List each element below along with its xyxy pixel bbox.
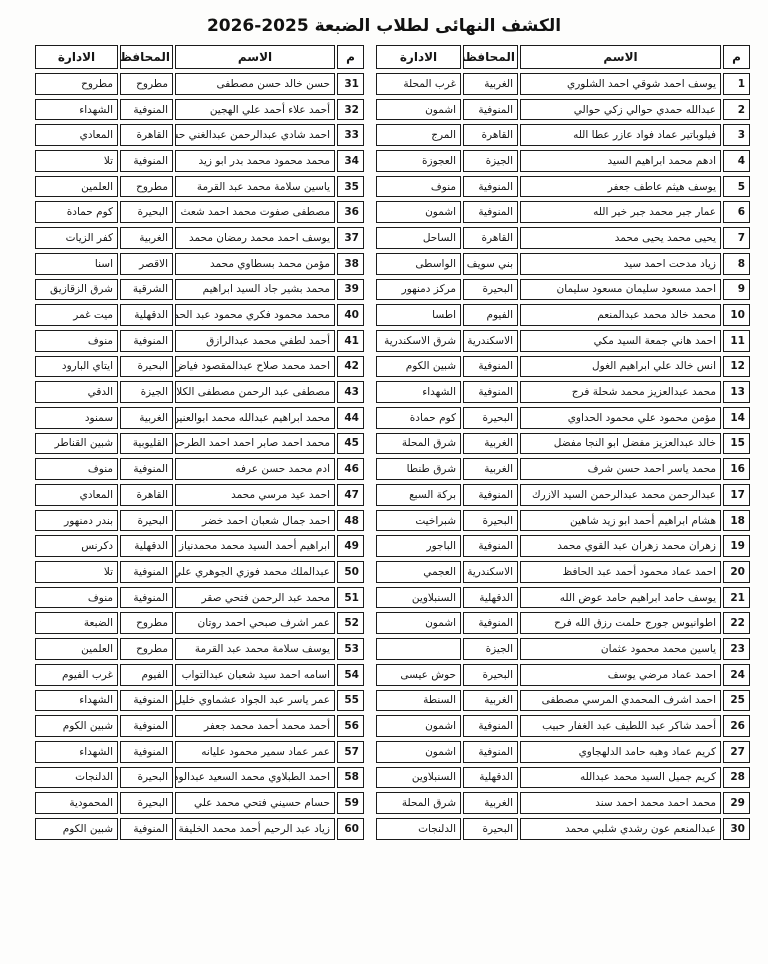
cell-adm: الباجور [376, 535, 461, 557]
cell-name: عمار جبر محمد جبر خير الله [520, 201, 721, 223]
cell-num: 1 [723, 73, 750, 95]
cell-name: كريم عماد وهبه حامد الدلهجاوي [520, 741, 721, 763]
cell-name: اسامه احمد سيد شعبان عبدالتواب [175, 664, 335, 686]
cell-adm: غرب المحلة [376, 73, 461, 95]
table-row: 27كريم عماد وهبه حامد الدلهجاويالمنوفيةا… [376, 741, 750, 763]
cell-gov: الدقهلية [120, 304, 173, 326]
cell-adm: المعادي [35, 484, 118, 506]
cell-name: يوسف احمد شوقي احمد الشلوري [520, 73, 721, 95]
header-administration: الادارة [35, 45, 118, 69]
cell-adm: غرب الفيوم [35, 664, 118, 686]
cell-adm: اطسا [376, 304, 461, 326]
cell-name: هشام ابراهيم أحمد ابو زيد شاهين [520, 510, 721, 532]
cell-name: فيلوباتير عماد فواد عازر عطا الله [520, 124, 721, 146]
cell-gov: الغربية [120, 407, 173, 429]
cell-adm: العلمين [35, 176, 118, 198]
cell-adm: ايتاي البارود [35, 356, 118, 378]
cell-adm: السنطة [376, 690, 461, 712]
cell-name: انس خالد علي ابراهيم الغول [520, 356, 721, 378]
cell-gov: مطروح [120, 638, 173, 660]
cell-adm: العلمين [35, 638, 118, 660]
table-row: 54اسامه احمد سيد شعبان عبدالتوابالفيومغر… [35, 664, 364, 686]
cell-adm [376, 638, 461, 660]
table-row: 60زياد عبد الرحيم أحمد محمد الخليفةالمنو… [35, 818, 364, 840]
cell-name: ادهم محمد ابراهيم السيد [520, 150, 721, 172]
cell-gov: الاسكندرية [463, 561, 518, 583]
header-governorate: المحافظة [463, 45, 518, 69]
table-row: 36مصطفى صفوت محمد احمد شعثالبحيرةكوم حما… [35, 201, 364, 223]
cell-adm: اشمون [376, 715, 461, 737]
cell-gov: المنوفية [120, 818, 173, 840]
cell-adm: الدلنجات [35, 767, 118, 789]
cell-num: 28 [723, 767, 750, 789]
cell-name: احمد شادي عبدالرحمن عبدالغني حسن [175, 124, 335, 146]
cell-gov: المنوفية [120, 587, 173, 609]
cell-adm: الشهداء [35, 99, 118, 121]
cell-num: 29 [723, 792, 750, 814]
cell-num: 13 [723, 381, 750, 403]
table-row: 20احمد عماد محمود أحمد عبد الحافظالاسكند… [376, 561, 750, 583]
cell-adm: المعادي [35, 124, 118, 146]
cell-name: يوسف احمد محمد رمضان محمد [175, 227, 335, 249]
cell-adm: شبين الكوم [35, 715, 118, 737]
cell-adm: اشمون [376, 741, 461, 763]
cell-name: محمد محمود محمد بدر ابو زيد [175, 150, 335, 172]
cell-gov: البحيرة [463, 407, 518, 429]
cell-gov: البحيرة [463, 510, 518, 532]
cell-name: محمد ياسر احمد حسن شرف [520, 458, 721, 480]
cell-num: 31 [337, 73, 364, 95]
cell-name: احمد محمد صلاح عبدالمقصود فياض [175, 356, 335, 378]
cell-adm: تلا [35, 150, 118, 172]
cell-name: ياسين سلامة محمد عبد القرمة [175, 176, 335, 198]
cell-num: 47 [337, 484, 364, 506]
cell-name: زياد مدحت احمد سيد [520, 253, 721, 275]
cell-gov: الدقهلية [463, 587, 518, 609]
cell-adm: منوف [35, 458, 118, 480]
cell-gov: المنوفية [120, 150, 173, 172]
cell-gov: الغربية [463, 433, 518, 455]
cell-name: أحمد علاء أحمد علي الهجين [175, 99, 335, 121]
table-row: 18هشام ابراهيم أحمد ابو زيد شاهينالبحيرة… [376, 510, 750, 532]
cell-name: ياسين محمد محمود عثمان [520, 638, 721, 660]
cell-num: 6 [723, 201, 750, 223]
cell-gov: مطروح [120, 73, 173, 95]
table-row: 30عبدالمنعم عون رشدي شلبي محمدالبحيرةالد… [376, 818, 750, 840]
cell-adm: سمنود [35, 407, 118, 429]
cell-gov: المنوفية [463, 741, 518, 763]
cell-name: احمد هاني جمعة السيد مكي [520, 330, 721, 352]
table-row: 43مصطفى عبد الرحمن مصطفى الكلافالجيزةالد… [35, 381, 364, 403]
table-row: 58احمد الطبلاوي محمد السعيد عبدالوهابالب… [35, 767, 364, 789]
cell-adm: العجوزة [376, 150, 461, 172]
header-name: الاسم [520, 45, 721, 69]
cell-gov: مطروح [120, 176, 173, 198]
cell-name: أحمد شاكر عبد اللطيف عبد الغفار حبيب [520, 715, 721, 737]
cell-num: 53 [337, 638, 364, 660]
table-row: 22اطوانيوس جورج حلمت رزق الله فرحالمنوفي… [376, 612, 750, 634]
table-row: 26أحمد شاكر عبد اللطيف عبد الغفار حبيبال… [376, 715, 750, 737]
table-row: 14مؤمن محمود علي محمود الحداويالبحيرةكوم… [376, 407, 750, 429]
cell-adm: الدلنجات [376, 818, 461, 840]
cell-adm: الساحل [376, 227, 461, 249]
cell-num: 12 [723, 356, 750, 378]
table-row: 52عمر اشرف صبحي احمد روتانمطروحالضبعة [35, 612, 364, 634]
table-row: 24احمد عماد مرضي يوسفالبحيرةحوش عيسى [376, 664, 750, 686]
cell-adm: دكرنس [35, 535, 118, 557]
cell-gov: المنوفية [120, 330, 173, 352]
table-row: 38مؤمن محمد بسطاوي محمدالاقصراسنا [35, 253, 364, 275]
cell-name: محمد عبد الرحمن فتحي صقر [175, 587, 335, 609]
table-row: 41أحمد لطفي محمد عبدالرازقالمنوفيةمنوف [35, 330, 364, 352]
cell-gov: البحيرة [463, 279, 518, 301]
cell-name: مصطفى صفوت محمد احمد شعث [175, 201, 335, 223]
table-row: 28كريم جميل السيد محمد عبداللهالدقهليةال… [376, 767, 750, 789]
cell-adm: كوم حمادة [35, 201, 118, 223]
cell-num: 52 [337, 612, 364, 634]
cell-num: 38 [337, 253, 364, 275]
cell-adm: الشهداء [376, 381, 461, 403]
cell-num: 55 [337, 690, 364, 712]
cell-name: محمد احمد صابر احمد احمد الطرحي [175, 433, 335, 455]
cell-name: احمد مسعود سليمان مسعود سليمان [520, 279, 721, 301]
header-name: الاسم [175, 45, 335, 69]
cell-name: زهران محمد زهران عبد القوي محمد [520, 535, 721, 557]
cell-num: 42 [337, 356, 364, 378]
table-row: 13محمد عبدالعزيز محمد شحلة فرجالمنوفيةال… [376, 381, 750, 403]
cell-gov: الفيوم [463, 304, 518, 326]
cell-num: 50 [337, 561, 364, 583]
table-row: 31حسن خالد حسن مصطفىمطروحمطروح [35, 73, 364, 95]
cell-num: 26 [723, 715, 750, 737]
table-row: 3فيلوباتير عماد فواد عازر عطا اللهالقاهر… [376, 124, 750, 146]
cell-name: ادم محمد حسن عرفه [175, 458, 335, 480]
table-row: 15خالد عبدالعزيز مفضل ابو النجا مفضلالغر… [376, 433, 750, 455]
table-row: 23ياسين محمد محمود عثمانالجيزة [376, 638, 750, 660]
table-row: 44محمد ابراهيم عبدالله محمد ابوالعنينالغ… [35, 407, 364, 429]
cell-name: ابراهيم أحمد السيد محمد محمدنياز [175, 535, 335, 557]
table-row: 6عمار جبر محمد جبر خير اللهالمنوفيةاشمون [376, 201, 750, 223]
cell-name: محمد احمد محمد احمد سند [520, 792, 721, 814]
cell-num: 39 [337, 279, 364, 301]
cell-adm: اشمون [376, 99, 461, 121]
cell-name: عبدالملك محمد فوزي الجوهري علي [175, 561, 335, 583]
cell-gov: الجيزة [463, 638, 518, 660]
cell-gov: القاهرة [463, 227, 518, 249]
cell-name: عمر ياسر عبد الجواد عشماوي خليل [175, 690, 335, 712]
cell-num: 32 [337, 99, 364, 121]
header-row: م الاسم المحافظة الادارة [376, 45, 750, 69]
page-title: الكشف النهائى لطلاب الضبعة 2025-2026 [0, 0, 768, 36]
cell-gov: البحيرة [120, 201, 173, 223]
cell-num: 16 [723, 458, 750, 480]
students-table-31-60: م الاسم المحافظة الادارة 31حسن خالد حسن … [33, 41, 366, 844]
cell-num: 36 [337, 201, 364, 223]
cell-num: 4 [723, 150, 750, 172]
table-row: 57عمر عماد سمير محمود عليانهالمنوفيةالشه… [35, 741, 364, 763]
cell-adm: شرق المحلة [376, 433, 461, 455]
cell-adm: منوف [376, 176, 461, 198]
cell-name: احمد جمال شعبان احمد خضر [175, 510, 335, 532]
cell-gov: بني سويف [463, 253, 518, 275]
cell-adm: شبين القناطر [35, 433, 118, 455]
cell-num: 33 [337, 124, 364, 146]
cell-adm: شبين الكوم [35, 818, 118, 840]
cell-name: عبدالرحمن محمد عبدالرحمن السيد الازرك [520, 484, 721, 506]
cell-gov: الغربية [463, 690, 518, 712]
cell-adm: كوم حمادة [376, 407, 461, 429]
table-row: 46ادم محمد حسن عرفهالمنوفيةمنوف [35, 458, 364, 480]
cell-gov: القاهرة [120, 484, 173, 506]
table-row: 33احمد شادي عبدالرحمن عبدالغني حسنالقاهر… [35, 124, 364, 146]
cell-adm: منوف [35, 330, 118, 352]
cell-gov: الدقهلية [120, 535, 173, 557]
cell-gov: المنوفية [120, 715, 173, 737]
cell-gov: المنوفية [463, 201, 518, 223]
cell-gov: البحيرة [463, 818, 518, 840]
cell-name: عبدالله حمدي حوالي زكي حوالي [520, 99, 721, 121]
table-row: 37يوسف احمد محمد رمضان محمدالغربيةكفر ال… [35, 227, 364, 249]
cell-adm: السنبلاوين [376, 767, 461, 789]
cell-num: 34 [337, 150, 364, 172]
cell-num: 37 [337, 227, 364, 249]
cell-gov: المنوفية [120, 561, 173, 583]
table-row: 53يوسف سلامة محمد عبد القرمةمطروحالعلمين [35, 638, 364, 660]
table-row: 29محمد احمد محمد احمد سندالغربيةشرق المح… [376, 792, 750, 814]
table-row: 8زياد مدحت احمد سيدبني سويفالواسطى [376, 253, 750, 275]
cell-adm: اشمون [376, 612, 461, 634]
table-row: 48احمد جمال شعبان احمد خضرالبحيرةبندر دم… [35, 510, 364, 532]
table-row: 55عمر ياسر عبد الجواد عشماوي خليلالمنوفي… [35, 690, 364, 712]
cell-name: احمد عيد مرسي محمد [175, 484, 335, 506]
cell-num: 58 [337, 767, 364, 789]
cell-gov: البحيرة [120, 792, 173, 814]
cell-gov: القليوبية [120, 433, 173, 455]
table-row: 1يوسف احمد شوقي احمد الشلوريالغربيةغرب ا… [376, 73, 750, 95]
cell-gov: المنوفية [463, 535, 518, 557]
table-row: 2عبدالله حمدي حوالي زكي حواليالمنوفيةاشم… [376, 99, 750, 121]
table-row: 17عبدالرحمن محمد عبدالرحمن السيد الازركا… [376, 484, 750, 506]
cell-num: 2 [723, 99, 750, 121]
cell-gov: المنوفية [463, 612, 518, 634]
cell-gov: البحيرة [120, 767, 173, 789]
cell-name: يحيى محمد يحيى محمد [520, 227, 721, 249]
cell-name: مؤمن محمد بسطاوي محمد [175, 253, 335, 275]
cell-gov: الغربية [120, 227, 173, 249]
cell-adm: الشهداء [35, 741, 118, 763]
table-row: 12انس خالد علي ابراهيم الغولالمنوفيةشبين… [376, 356, 750, 378]
cell-gov: الاقصر [120, 253, 173, 275]
cell-gov: القاهرة [120, 124, 173, 146]
cell-adm: كفر الزيات [35, 227, 118, 249]
cell-num: 3 [723, 124, 750, 146]
cell-gov: مطروح [120, 612, 173, 634]
cell-adm: بندر دمنهور [35, 510, 118, 532]
cell-name: عمر اشرف صبحي احمد روتان [175, 612, 335, 634]
cell-name: احمد عماد مرضي يوسف [520, 664, 721, 686]
table-row: 59حسام حسيني فتحي محمد عليالبحيرةالمحمود… [35, 792, 364, 814]
table-row: 51محمد عبد الرحمن فتحي صقرالمنوفيةمنوف [35, 587, 364, 609]
cell-name: حسن خالد حسن مصطفى [175, 73, 335, 95]
table-row: 4ادهم محمد ابراهيم السيدالجيزةالعجوزة [376, 150, 750, 172]
cell-gov: الشرقية [120, 279, 173, 301]
cell-num: 60 [337, 818, 364, 840]
cell-num: 17 [723, 484, 750, 506]
cell-name: يوسف سلامة محمد عبد القرمة [175, 638, 335, 660]
cell-gov: المنوفية [463, 715, 518, 737]
cell-num: 41 [337, 330, 364, 352]
cell-num: 11 [723, 330, 750, 352]
cell-name: كريم جميل السيد محمد عبدالله [520, 767, 721, 789]
table-row: 16محمد ياسر احمد حسن شرفالغربيةشرق طنطا [376, 458, 750, 480]
cell-adm: ميت غمر [35, 304, 118, 326]
cell-gov: الجيزة [120, 381, 173, 403]
cell-num: 30 [723, 818, 750, 840]
cell-num: 14 [723, 407, 750, 429]
cell-adm: تلا [35, 561, 118, 583]
cell-num: 7 [723, 227, 750, 249]
cell-adm: شرق المحلة [376, 792, 461, 814]
cell-num: 25 [723, 690, 750, 712]
cell-name: عبدالمنعم عون رشدي شلبي محمد [520, 818, 721, 840]
table-row: 34محمد محمود محمد بدر ابو زيدالمنوفيةتلا [35, 150, 364, 172]
cell-name: يوسف حامد ابراهيم حامد عوض الله [520, 587, 721, 609]
header-num: م [723, 45, 750, 69]
cell-num: 46 [337, 458, 364, 480]
cell-num: 51 [337, 587, 364, 609]
cell-gov: المنوفية [120, 99, 173, 121]
cell-name: محمد ابراهيم عبدالله محمد ابوالعنين [175, 407, 335, 429]
cell-gov: الغربية [463, 792, 518, 814]
cell-adm: شرق الاسكندرية [376, 330, 461, 352]
cell-adm: بركة السبع [376, 484, 461, 506]
students-table-1-30: م الاسم المحافظة الادارة 1يوسف احمد شوقي… [374, 41, 752, 844]
header-governorate: المحافظة [120, 45, 173, 69]
table-row: 11احمد هاني جمعة السيد مكيالاسكندريةشرق … [376, 330, 750, 352]
cell-num: 21 [723, 587, 750, 609]
cell-name: يوسف هيثم عاطف جعفر [520, 176, 721, 198]
cell-gov: المنوفية [463, 356, 518, 378]
cell-name: مؤمن محمود علي محمود الحداوي [520, 407, 721, 429]
cell-gov: البحيرة [463, 664, 518, 686]
table-row: 7يحيى محمد يحيى محمدالقاهرةالساحل [376, 227, 750, 249]
cell-num: 10 [723, 304, 750, 326]
cell-adm: الواسطى [376, 253, 461, 275]
cell-gov: المنوفية [120, 458, 173, 480]
cell-gov: الجيزة [463, 150, 518, 172]
cell-gov: الدقهلية [463, 767, 518, 789]
cell-name: زياد عبد الرحيم أحمد محمد الخليفة [175, 818, 335, 840]
cell-num: 54 [337, 664, 364, 686]
cell-adm: السنبلاوين [376, 587, 461, 609]
tables-container: م الاسم المحافظة الادارة 1يوسف احمد شوقي… [0, 36, 768, 844]
cell-gov: المنوفية [120, 690, 173, 712]
table-row: 50عبدالملك محمد فوزي الجوهري عليالمنوفية… [35, 561, 364, 583]
cell-num: 9 [723, 279, 750, 301]
table-row: 21يوسف حامد ابراهيم حامد عوض اللهالدقهلي… [376, 587, 750, 609]
cell-name: محمد بشير جاد السيد ابراهيم [175, 279, 335, 301]
cell-adm: اسنا [35, 253, 118, 275]
cell-num: 43 [337, 381, 364, 403]
cell-num: 45 [337, 433, 364, 455]
cell-adm: الضبعة [35, 612, 118, 634]
cell-num: 49 [337, 535, 364, 557]
cell-adm: شبين الكوم [376, 356, 461, 378]
cell-num: 35 [337, 176, 364, 198]
cell-num: 5 [723, 176, 750, 198]
cell-name: خالد عبدالعزيز مفضل ابو النجا مفضل [520, 433, 721, 455]
cell-gov: المنوفية [463, 176, 518, 198]
cell-gov: الاسكندرية [463, 330, 518, 352]
table-row: 39محمد بشير جاد السيد ابراهيمالشرقيةشرق … [35, 279, 364, 301]
cell-adm: مركز دمنهور [376, 279, 461, 301]
cell-name: محمد خالد محمد عبدالمنعم [520, 304, 721, 326]
cell-num: 48 [337, 510, 364, 532]
cell-num: 40 [337, 304, 364, 326]
cell-adm: منوف [35, 587, 118, 609]
cell-num: 57 [337, 741, 364, 763]
cell-adm: اشمون [376, 201, 461, 223]
table-row: 40محمد محمود فكري محمود عبد الحميدالدقهل… [35, 304, 364, 326]
table-row: 9احمد مسعود سليمان مسعود سليمانالبحيرةمر… [376, 279, 750, 301]
table-row: 5يوسف هيثم عاطف جعفرالمنوفيةمنوف [376, 176, 750, 198]
cell-name: احمد عماد محمود أحمد عبد الحافظ [520, 561, 721, 583]
cell-num: 44 [337, 407, 364, 429]
cell-adm: شرق الزقازيق [35, 279, 118, 301]
cell-name: احمد الطبلاوي محمد السعيد عبدالوهاب [175, 767, 335, 789]
cell-adm: حوش عيسى [376, 664, 461, 686]
table-row: 25احمد اشرف المحمدي المرسي مصطفىالغربيةا… [376, 690, 750, 712]
cell-name: اطوانيوس جورج حلمت رزق الله فرح [520, 612, 721, 634]
cell-num: 59 [337, 792, 364, 814]
cell-num: 8 [723, 253, 750, 275]
header-row: م الاسم المحافظة الادارة [35, 45, 364, 69]
cell-num: 20 [723, 561, 750, 583]
cell-num: 22 [723, 612, 750, 634]
cell-num: 56 [337, 715, 364, 737]
cell-gov: البحيرة [120, 510, 173, 532]
cell-gov: المنوفية [463, 484, 518, 506]
cell-gov: الغربية [463, 73, 518, 95]
cell-name: عمر عماد سمير محمود عليانه [175, 741, 335, 763]
table-row: 35ياسين سلامة محمد عبد القرمةمطروحالعلمي… [35, 176, 364, 198]
cell-num: 19 [723, 535, 750, 557]
cell-name: محمد محمود فكري محمود عبد الحميد [175, 304, 335, 326]
cell-num: 27 [723, 741, 750, 763]
table-row: 49ابراهيم أحمد السيد محمد محمدنيازالدقهل… [35, 535, 364, 557]
table-row: 42احمد محمد صلاح عبدالمقصود فياضالبحيرةا… [35, 356, 364, 378]
table-row: 32أحمد علاء أحمد علي الهجينالمنوفيةالشهد… [35, 99, 364, 121]
cell-adm: شرق طنطا [376, 458, 461, 480]
cell-adm: العجمي [376, 561, 461, 583]
cell-name: أحمد لطفي محمد عبدالرازق [175, 330, 335, 352]
cell-gov: المنوفية [463, 381, 518, 403]
table-row: 19زهران محمد زهران عبد القوي محمدالمنوفي… [376, 535, 750, 557]
cell-gov: الغربية [463, 458, 518, 480]
cell-name: أحمد محمد أحمد محمد جعفر [175, 715, 335, 737]
cell-adm: المرج [376, 124, 461, 146]
header-administration: الادارة [376, 45, 461, 69]
cell-adm: مطروح [35, 73, 118, 95]
cell-gov: البحيرة [120, 356, 173, 378]
cell-gov: المنوفية [463, 99, 518, 121]
cell-name: حسام حسيني فتحي محمد علي [175, 792, 335, 814]
cell-adm: الدقي [35, 381, 118, 403]
cell-name: مصطفى عبد الرحمن مصطفى الكلاف [175, 381, 335, 403]
table-row: 47احمد عيد مرسي محمدالقاهرةالمعادي [35, 484, 364, 506]
table-row: 56أحمد محمد أحمد محمد جعفرالمنوفيةشبين ا… [35, 715, 364, 737]
cell-num: 15 [723, 433, 750, 455]
